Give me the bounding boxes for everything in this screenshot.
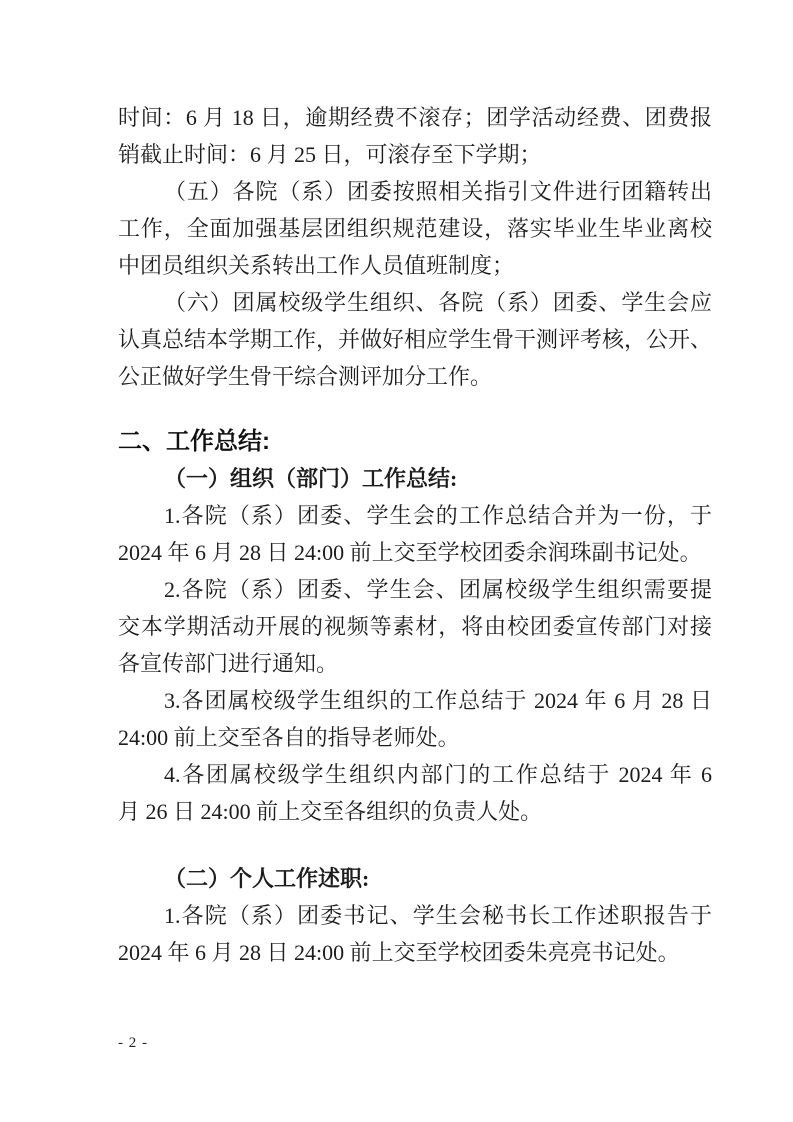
body-line: 1.各院（系）团委、学生会的工作总结合并为一份，于 bbox=[118, 497, 712, 534]
body-line: 工作，全面加强基层团组织规范建设，落实毕业生毕业离校 bbox=[118, 210, 712, 247]
document-body: 时间：6 月 18 日，逾期经费不滚存；团学活动经费、团费报 销截止时间：6 月… bbox=[118, 99, 712, 971]
subsection-heading-org-summary: （一）组织（部门）工作总结: bbox=[118, 460, 712, 497]
document-page: 时间：6 月 18 日，逾期经费不滚存；团学活动经费、团费报 销截止时间：6 月… bbox=[0, 0, 793, 1122]
page-number: - 2 - bbox=[118, 1035, 148, 1051]
body-line: 2024 年 6 月 28 日 24:00 前上交至学校团委朱亮亮书记处。 bbox=[118, 934, 712, 971]
body-line: 认真总结本学期工作，并做好相应学生骨干测评考核，公开、 bbox=[118, 321, 712, 358]
page-footer: - 2 - bbox=[118, 1033, 148, 1053]
body-line: 24:00 前上交至各自的指导老师处。 bbox=[118, 719, 712, 756]
body-line: 1.各院（系）团委书记、学生会秘书长工作述职报告于 bbox=[118, 897, 712, 934]
body-line: 时间：6 月 18 日，逾期经费不滚存；团学活动经费、团费报 bbox=[118, 99, 712, 136]
body-line: 2.各院（系）团委、学生会、团属校级学生组织需要提 bbox=[118, 571, 712, 608]
body-line: （六）团属校级学生组织、各院（系）团委、学生会应 bbox=[118, 284, 712, 321]
body-line: 2024 年 6 月 28 日 24:00 前上交至学校团委余润珠副书记处。 bbox=[118, 534, 712, 571]
body-line: 4.各团属校级学生组织内部门的工作总结于 2024 年 6 bbox=[118, 756, 712, 793]
body-line: （五）各院（系）团委按照相关指引文件进行团籍转出 bbox=[118, 173, 712, 210]
body-line: 交本学期活动开展的视频等素材，将由校团委宣传部门对接 bbox=[118, 608, 712, 645]
subsection-heading-personal-report: （二）个人工作述职: bbox=[118, 860, 712, 897]
body-line: 中团员组织关系转出工作人员值班制度； bbox=[118, 247, 712, 284]
body-line: 销截止时间：6 月 25 日，可滚存至下学期； bbox=[118, 136, 712, 173]
body-line: 3.各团属校级学生组织的工作总结于 2024 年 6 月 28 日 bbox=[118, 682, 712, 719]
body-line: 公正做好学生骨干综合测评加分工作。 bbox=[118, 358, 712, 395]
section-heading-work-summary: 二、工作总结: bbox=[118, 423, 712, 460]
body-line: 各宣传部门进行通知。 bbox=[118, 645, 712, 682]
body-line: 月 26 日 24:00 前上交至各组织的负责人处。 bbox=[118, 793, 712, 830]
